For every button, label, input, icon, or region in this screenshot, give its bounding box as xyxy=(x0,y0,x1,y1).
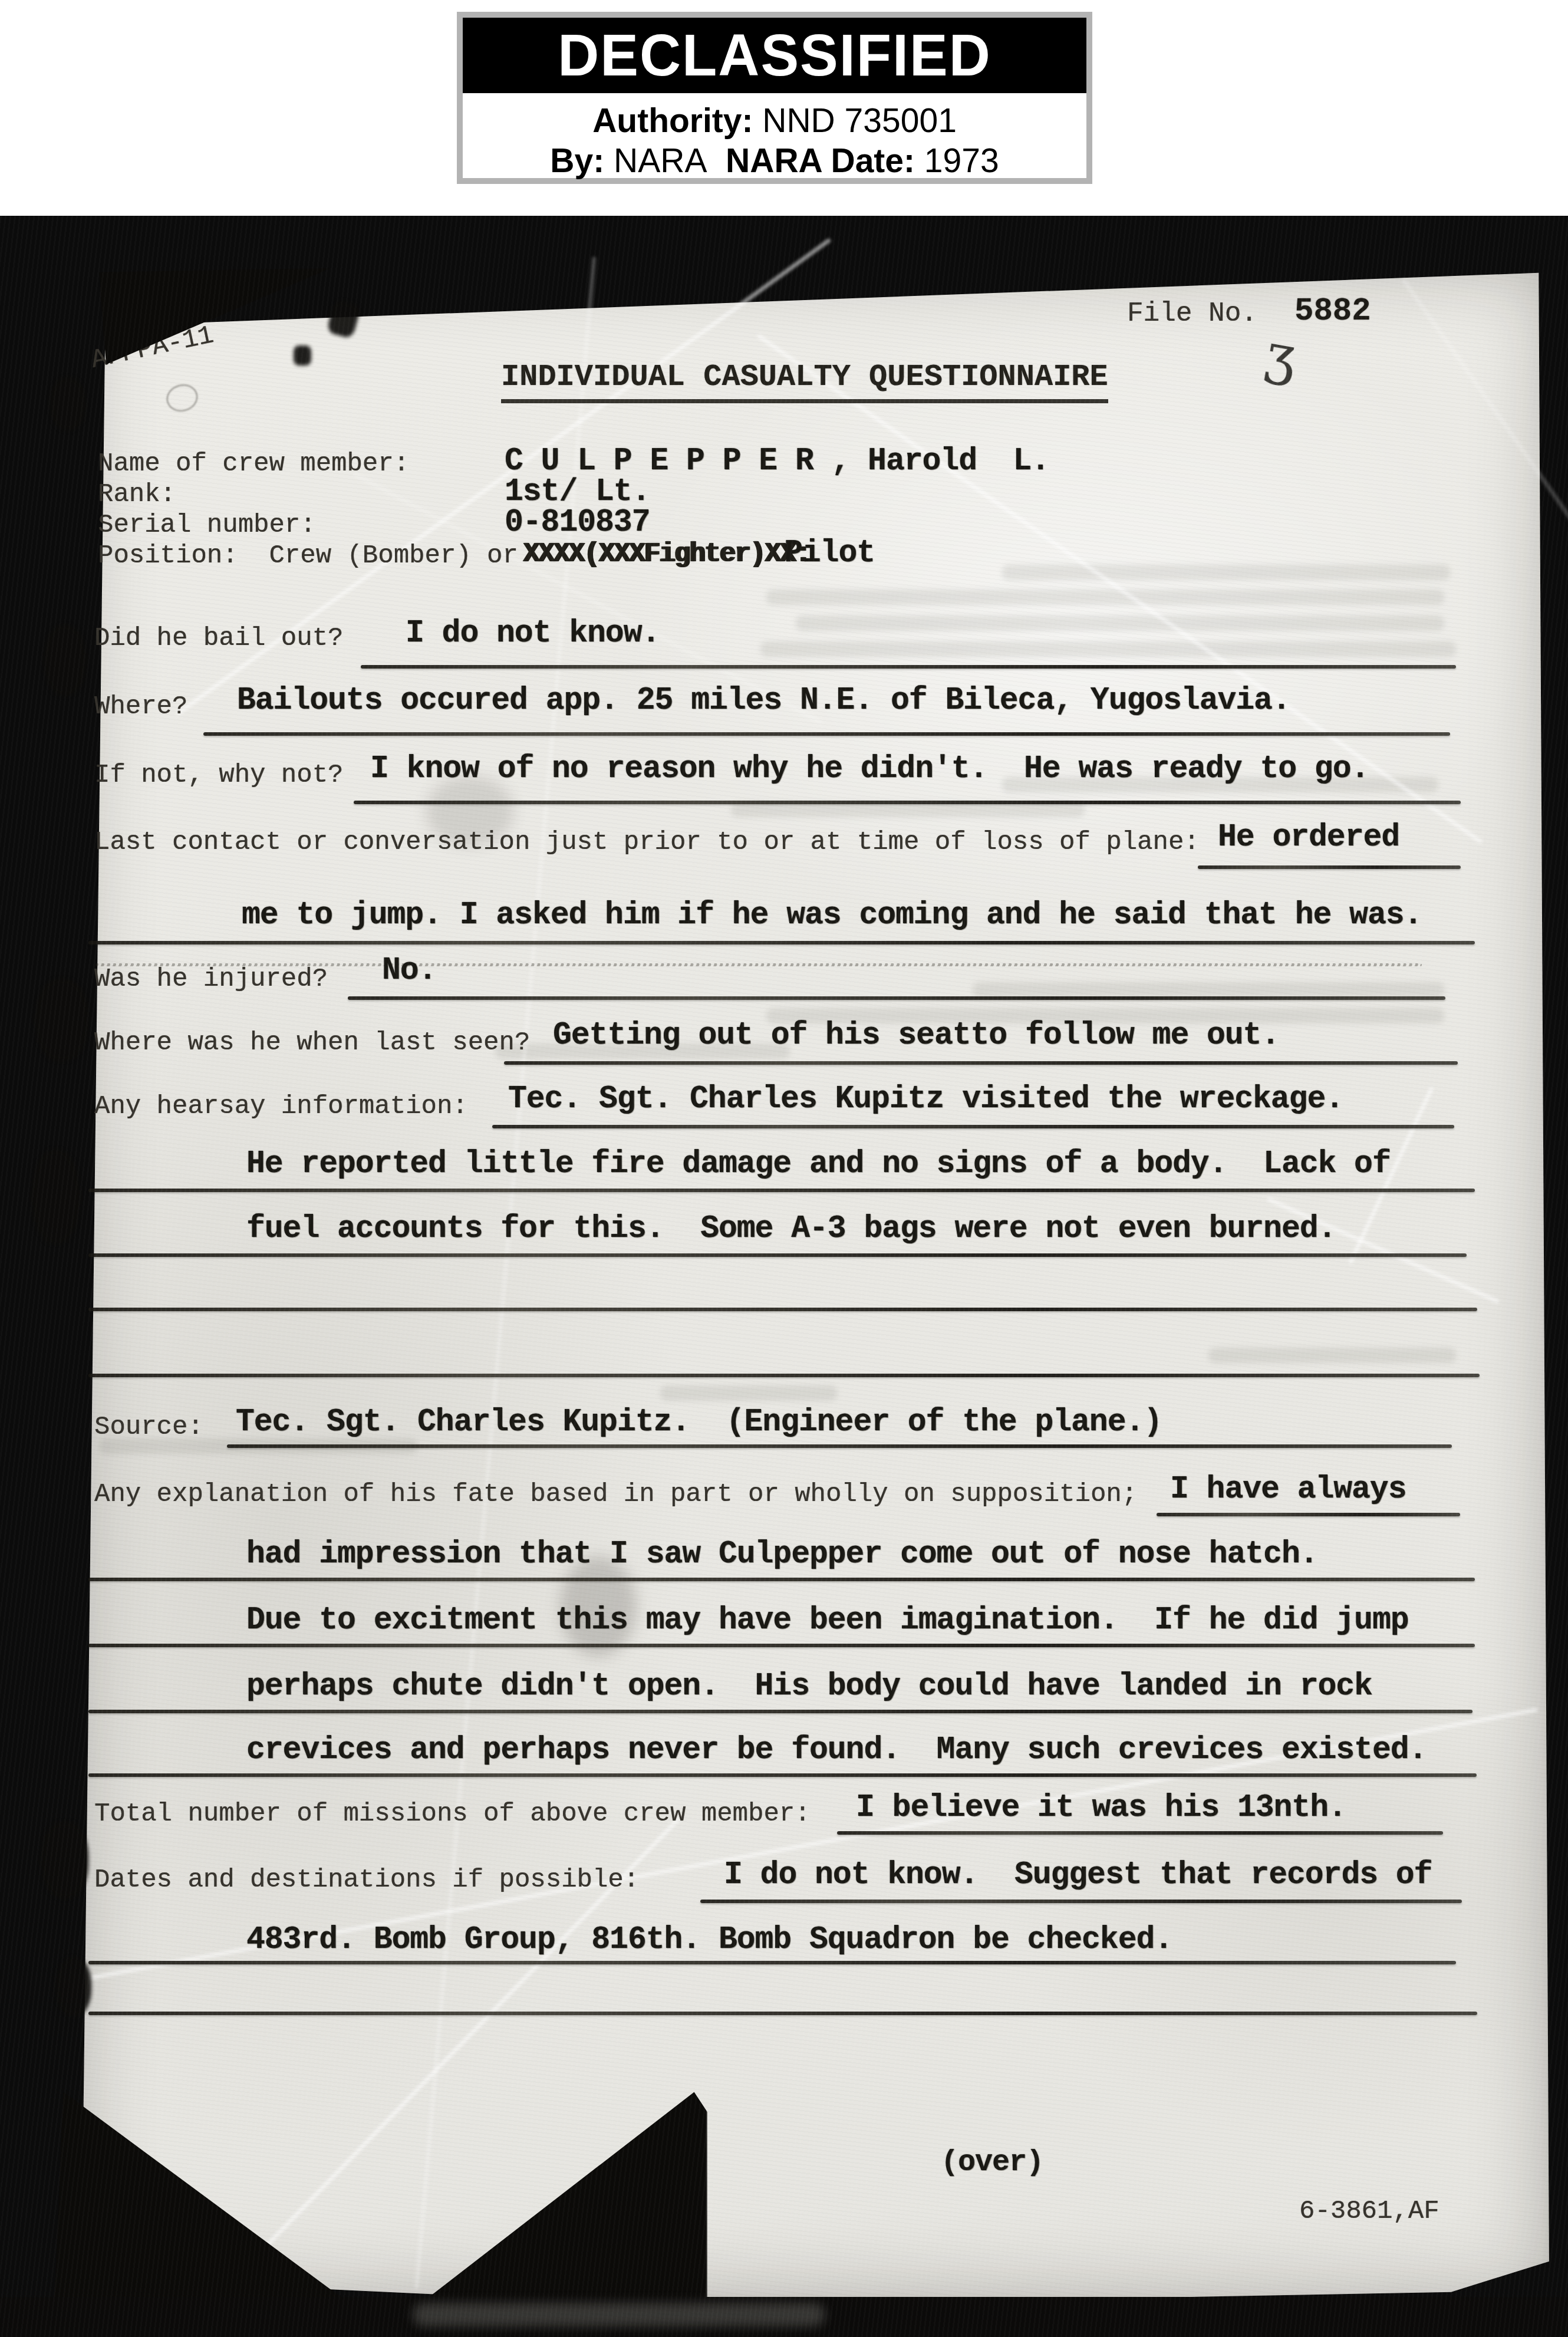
ghost-text-smudge xyxy=(973,982,1444,998)
file-no-label: File No. xyxy=(1127,298,1257,329)
blank-ruled-line xyxy=(88,1308,1477,1311)
answer-underline xyxy=(1198,865,1461,869)
bailout-answer: I do not know. xyxy=(406,615,660,651)
source-answer: Tec. Sgt. Charles Kupitz. (Engineer of t… xyxy=(236,1404,1162,1440)
where-label: Where? xyxy=(94,692,187,722)
answer-underline xyxy=(88,941,1475,944)
dates-answer-1: I do not know. Suggest that records of xyxy=(724,1857,1432,1892)
ghost-text-smudge xyxy=(1002,565,1450,580)
position-label: Position: Crew (Bomber) or xyxy=(98,541,518,571)
if-not-label: If not, why not? xyxy=(94,761,343,790)
explanation-answer-3: Due to excitment this may have been imag… xyxy=(246,1602,1409,1638)
by-line: By: NARA NARA Date: 1973 xyxy=(463,141,1086,180)
edge-blot xyxy=(44,625,85,696)
dates-label: Dates and destinations if possible: xyxy=(94,1865,639,1895)
answer-underline xyxy=(227,1444,1452,1448)
edge-blot xyxy=(35,979,88,1061)
ghost-text-smudge xyxy=(760,641,1456,657)
position-value: Pilot xyxy=(784,535,875,571)
answer-underline xyxy=(88,1644,1475,1647)
answer-underline xyxy=(1157,1513,1460,1516)
explanation-answer-5: crevices and perhaps never be found. Man… xyxy=(246,1732,1427,1767)
ghost-text-smudge xyxy=(796,615,1444,631)
last-contact-answer-2: me to jump. I asked him if he was coming… xyxy=(242,897,1422,933)
rank-label: Rank: xyxy=(98,480,176,509)
position-struck-text: XXXX(XXXFighter)XX: xyxy=(523,539,811,570)
blank-ruled-line xyxy=(88,2012,1477,2015)
rank-value: 1st/ Lt. xyxy=(505,474,650,509)
ink-blot xyxy=(294,345,311,366)
ghost-text-smudge xyxy=(1208,1348,1456,1363)
last-contact-label: Last contact or conversation just prior … xyxy=(94,828,1200,857)
serial-value: 0-810837 xyxy=(505,505,650,540)
nara-date-value: 1973 xyxy=(924,142,999,180)
injured-label: Was he injured? xyxy=(94,965,328,994)
over-note: (over) xyxy=(941,2146,1043,2180)
explanation-answer-1: I have always xyxy=(1170,1472,1406,1507)
injured-answer: No. xyxy=(382,953,436,988)
answer-underline xyxy=(88,1253,1467,1257)
name-value: C U L P E P P E R , Harold L. xyxy=(505,443,1049,479)
source-label: Source: xyxy=(94,1413,203,1442)
answer-underline xyxy=(492,1125,1454,1128)
last-seen-label: Where was he when last seen? xyxy=(94,1028,530,1058)
authority-line: Authority: NND 735001 xyxy=(463,101,1086,140)
edge-blot xyxy=(56,1957,91,2016)
answer-underline xyxy=(837,1831,1443,1835)
answer-underline xyxy=(88,1189,1475,1192)
hearsay-answer-2: He reported little fire damage and no si… xyxy=(246,1146,1391,1181)
answer-underline xyxy=(504,1061,1458,1065)
last-seen-answer: Getting out of his seatto follow me out. xyxy=(553,1018,1279,1053)
declassified-text: DECLASSIFIED xyxy=(558,21,991,90)
answer-underline xyxy=(354,801,1461,804)
by-value: NARA xyxy=(614,142,707,180)
blank-ruled-line xyxy=(88,1374,1480,1377)
if-not-answer: I know of no reason why he didn't. He wa… xyxy=(370,751,1369,786)
answer-underline xyxy=(348,996,1445,1000)
edge-blot xyxy=(41,1822,88,1898)
where-answer: Bailouts occured app. 25 miles N.E. of B… xyxy=(237,683,1290,718)
dates-answer-2: 483rd. Bomb Group, 816th. Bomb Squadron … xyxy=(246,1922,1172,1957)
answer-underline xyxy=(88,1710,1473,1713)
edge-blot xyxy=(50,377,85,430)
declassified-stamp: DECLASSIFIED Authority: NND 735001 By: N… xyxy=(457,12,1092,184)
authority-value: NND 735001 xyxy=(762,102,957,140)
scanned-casualty-questionnaire: { "banner": { "declassified": "DECLASSIF… xyxy=(0,0,1568,2337)
page-title: INDIVIDUAL CASUALTY QUESTIONNAIRE xyxy=(501,360,1108,403)
missions-label: Total number of missions of above crew m… xyxy=(94,1799,811,1829)
hearsay-label: Any hearsay information: xyxy=(94,1092,468,1121)
answer-underline xyxy=(88,1578,1475,1581)
hearsay-answer-1: Tec. Sgt. Charles Kupitz visited the wre… xyxy=(508,1081,1343,1117)
edge-blot xyxy=(32,1150,80,1244)
answer-underline xyxy=(88,1961,1456,1964)
declassified-bar: DECLASSIFIED xyxy=(463,18,1086,93)
file-no-value: 5882 xyxy=(1294,294,1371,330)
authority-label: Authority: xyxy=(592,102,753,140)
form-code: 6-3861,AF xyxy=(1299,2197,1439,2226)
name-label: Name of crew member: xyxy=(98,449,409,479)
explanation-label: Any explanation of his fate based in par… xyxy=(94,1480,1137,1509)
nara-date-label: NARA Date: xyxy=(726,142,915,180)
answer-underline xyxy=(700,1900,1462,1903)
by-label: By: xyxy=(550,142,604,180)
serial-label: Serial number: xyxy=(98,511,316,540)
explanation-answer-4: perhaps chute didn't open. His body coul… xyxy=(246,1668,1372,1704)
scan-bottom-smear xyxy=(413,2303,825,2326)
answer-underline xyxy=(88,1773,1477,1777)
last-contact-answer-1: He ordered xyxy=(1218,819,1399,855)
answer-underline xyxy=(203,732,1450,736)
ghost-text-smudge xyxy=(660,1385,837,1401)
missions-answer: I believe it was his 13nth. xyxy=(856,1790,1346,1825)
top-white-band: DECLASSIFIED Authority: NND 735001 By: N… xyxy=(0,0,1568,216)
bailout-label: Did he bail out? xyxy=(94,624,343,653)
hearsay-answer-3: fuel accounts for this. Some A-3 bags we… xyxy=(246,1211,1336,1246)
answer-underline xyxy=(361,665,1456,669)
explanation-answer-2: had impression that I saw Culpepper come… xyxy=(246,1536,1318,1572)
ghost-text-smudge xyxy=(766,590,1444,605)
